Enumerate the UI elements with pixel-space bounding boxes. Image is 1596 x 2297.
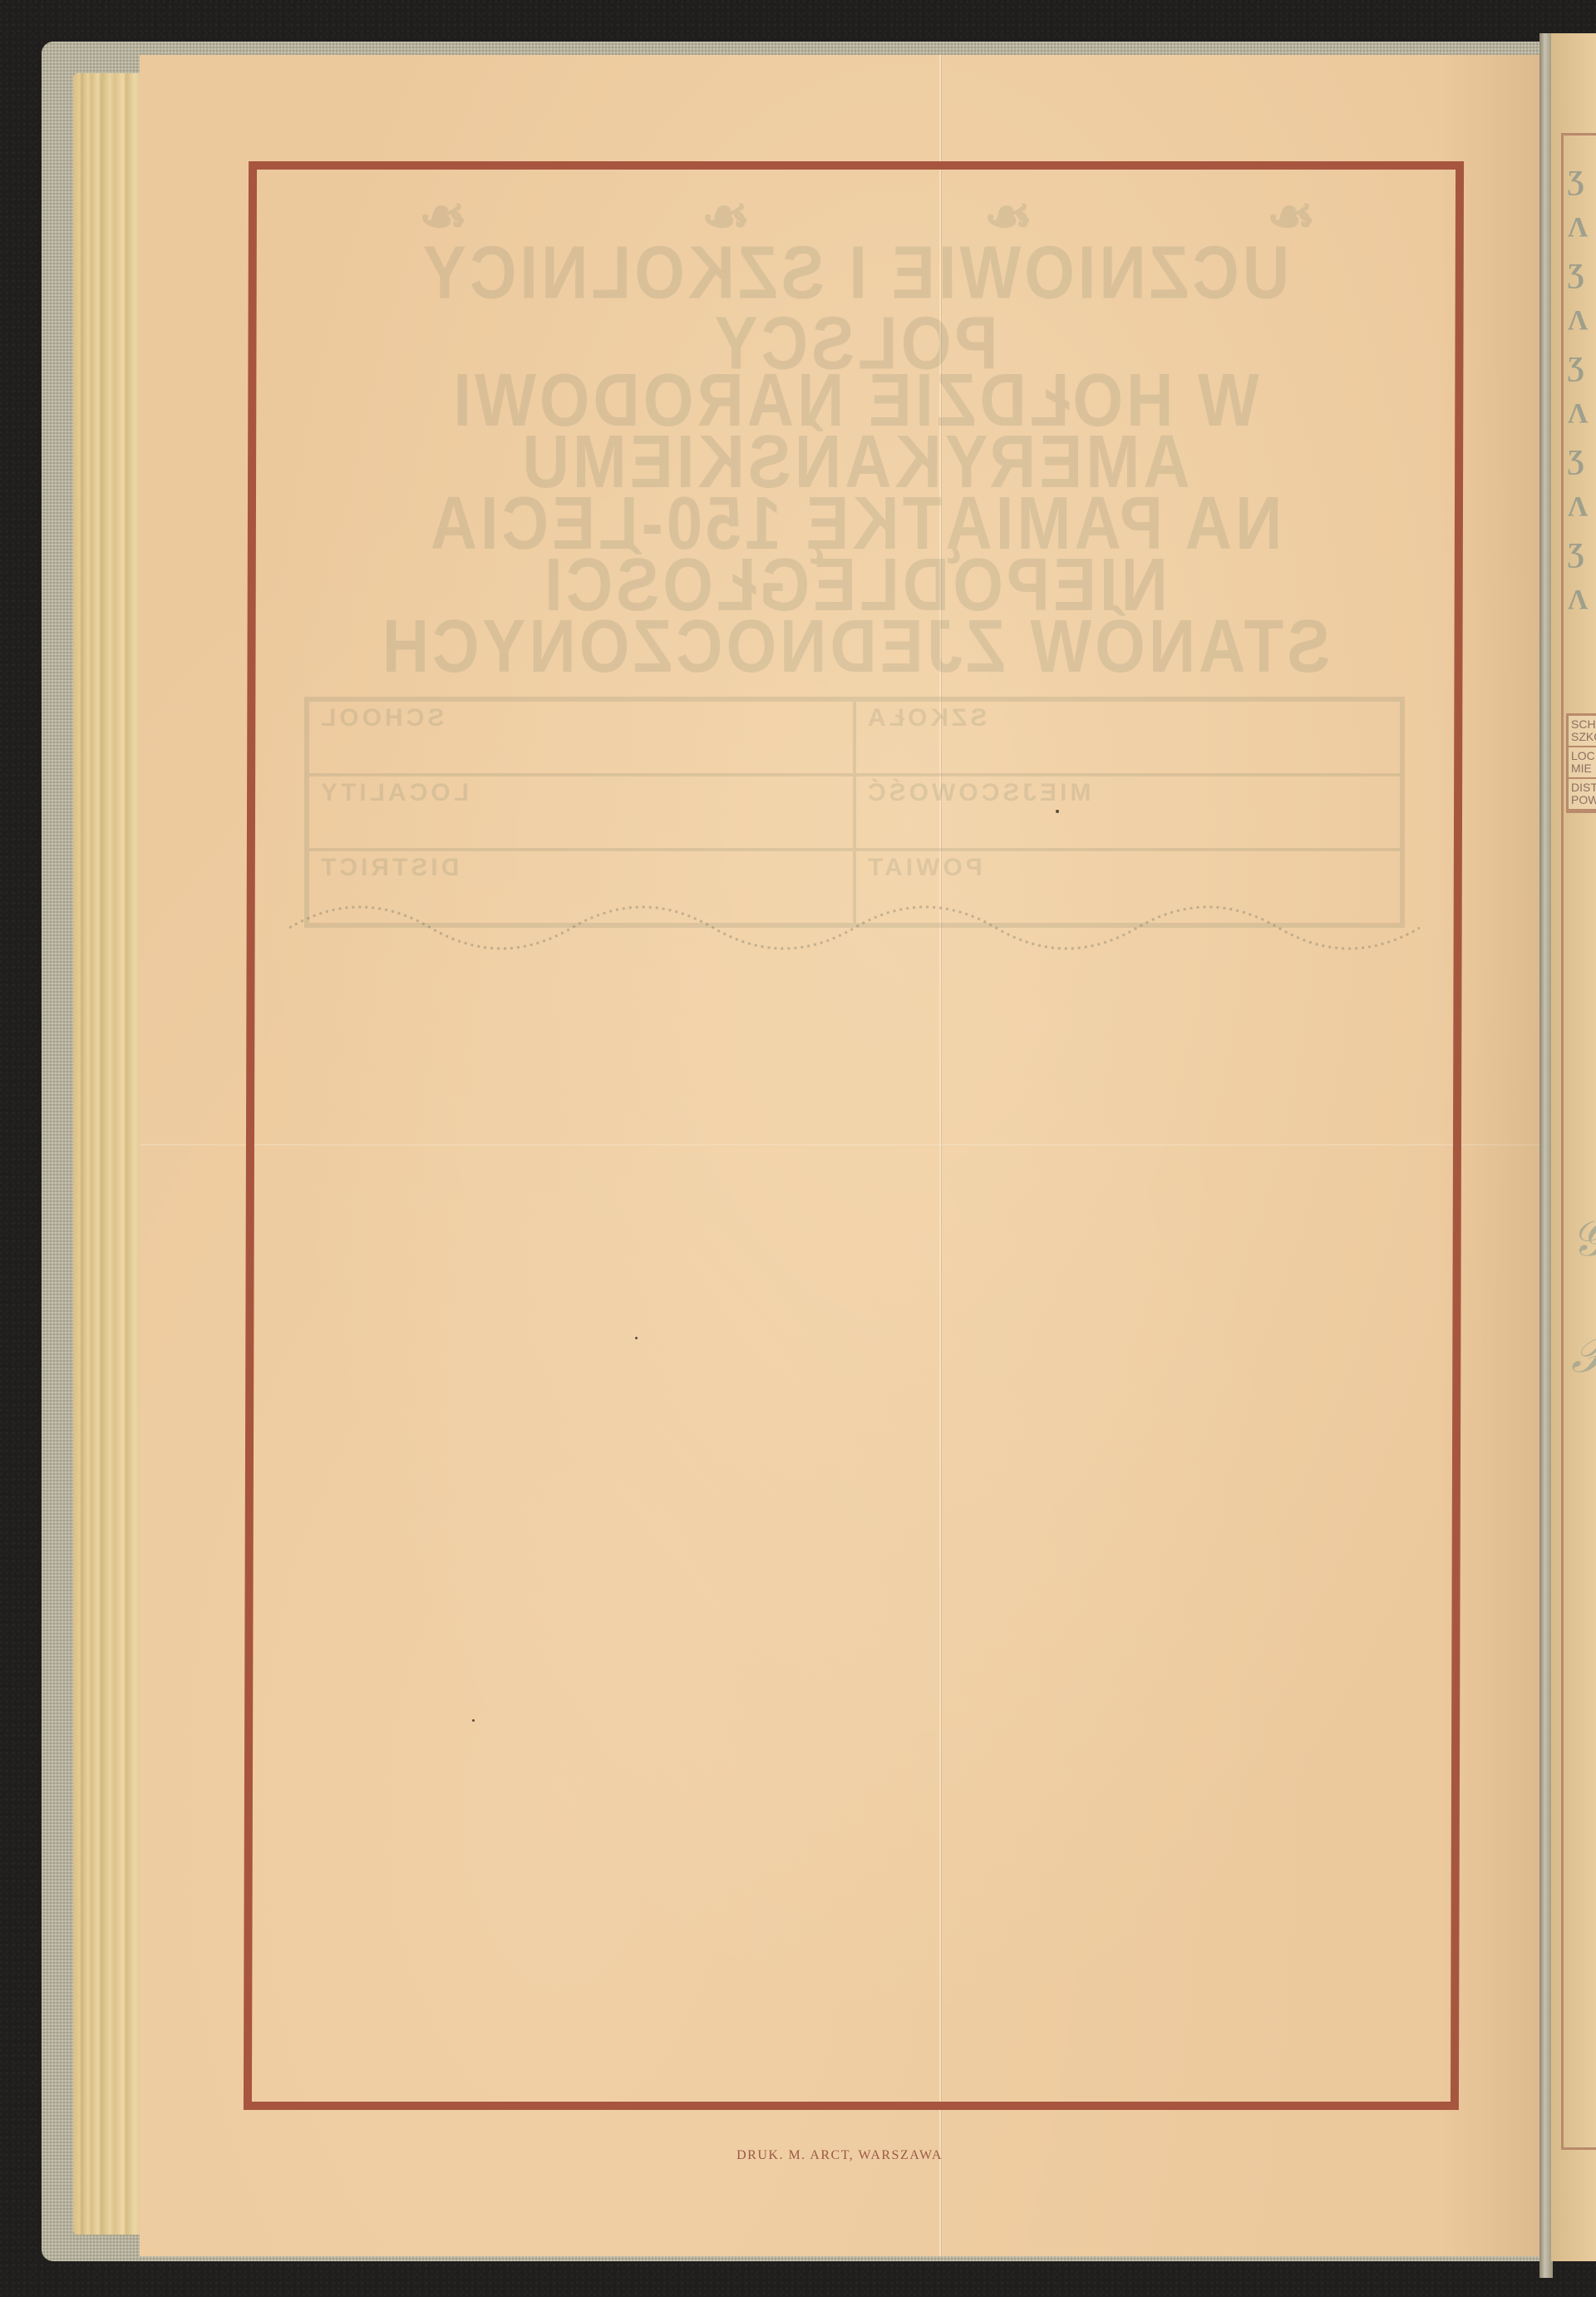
ornament-glyph-icon: Λ xyxy=(1568,305,1588,336)
adjacent-page-script: 𝒢 𝒫 xyxy=(1571,1181,1596,1413)
ornament-glyph-icon: Ʒ xyxy=(1568,445,1584,476)
paper-speck xyxy=(635,1337,638,1339)
ornament-glyph-icon: Λ xyxy=(1568,398,1588,429)
adjacent-page-ornament: Ʒ Λ Ʒ Λ Ʒ Λ Ʒ Λ Ʒ Λ xyxy=(1568,158,1596,624)
ornament-glyph-icon: Λ xyxy=(1568,491,1588,522)
ornament-glyph-icon: Ʒ xyxy=(1568,259,1584,289)
adjacent-page-edge: Ʒ Λ Ʒ Λ Ʒ Λ Ʒ Λ Ʒ Λ SCHO SZKO LOC MIE DI… xyxy=(1551,33,1596,2261)
document-page: ❧ ❧ ❧ ❧ UCZNIOWIE I SZKOLNICY POLSCY W H… xyxy=(140,55,1539,2256)
script-glyph-icon: 𝒢 xyxy=(1571,1210,1596,1268)
adjacent-label: DIST POW xyxy=(1569,779,1596,811)
ornament-glyph-icon: Ʒ xyxy=(1568,352,1584,382)
adjacent-label: SCHO SZKO xyxy=(1569,716,1596,747)
script-glyph-icon: 𝒫 xyxy=(1571,1326,1596,1384)
printer-imprint: DRUK. M. ARCT, WARSZAWA xyxy=(140,2148,1539,2163)
paper-speck xyxy=(472,1719,475,1722)
ornament-glyph-icon: Λ xyxy=(1568,212,1588,243)
ornament-glyph-icon: Λ xyxy=(1568,584,1588,615)
stacked-page-edges xyxy=(73,73,141,2235)
adjacent-page-table: SCHO SZKO LOC MIE DIST POW xyxy=(1566,713,1596,813)
paper-speck xyxy=(1056,810,1059,813)
ornament-glyph-icon: Ʒ xyxy=(1568,538,1584,569)
red-border-frame xyxy=(244,161,1464,2110)
adjacent-label: LOC MIE xyxy=(1569,747,1596,779)
ornament-glyph-icon: Ʒ xyxy=(1568,165,1584,196)
